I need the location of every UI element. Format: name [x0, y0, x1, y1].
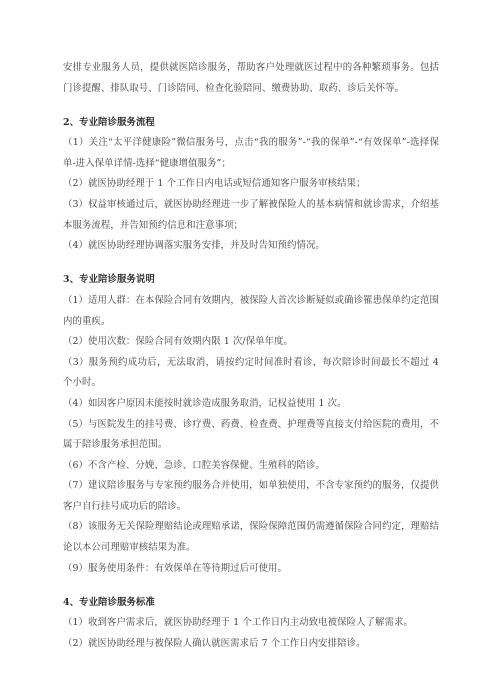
- document-body: 安排专业服务人员，提供就医陪诊服务，帮助客户处理就医过程中的各种繁琐事务。包括门…: [63, 58, 439, 655]
- section-4-item-1: （1）收到客户需求后，就医协助经理于 1 个工作日内主动致电被保险人了解需求。: [63, 613, 439, 634]
- section-3-item-7: （7）建议陪诊服务与专家预约服务合并使用，如单独使用，不含专家预约的服务，仅提供…: [63, 476, 439, 517]
- section-4-heading: 4、专业陪诊服务标准: [63, 593, 439, 614]
- section-3-item-9: （9）服务使用条件：有效保单在等待期过后可使用。: [63, 559, 439, 580]
- section-3-heading: 3、专业陪诊服务说明: [63, 270, 439, 291]
- section-2-item-2: （2）就医协助经理于 1 个工作日内电话或短信通知客户服务审核结果；: [63, 174, 439, 195]
- intro-paragraph: 安排专业服务人员，提供就医陪诊服务，帮助客户处理就医过程中的各种繁琐事务。包括门…: [63, 58, 439, 99]
- section-3-item-5: （5）与医院发生的挂号费、诊疗费、药费、检查费、护理费等直接支付给医院的费用，不…: [63, 415, 439, 456]
- section-2-item-1: （1）关注“太平洋健康险”微信服务号，点击“我的服务”-“我的保单”-“有效保单…: [63, 133, 439, 174]
- section-2-item-3: （3）权益审核通过后，就医协助经理进一步了解被保险人的基本病情和就诊需求，介绍基…: [63, 195, 439, 236]
- section-3-item-4: （4）如因客户原因未能按时就诊造成服务取消，记权益使用 1 次。: [63, 394, 439, 415]
- section-2-heading: 2、专业陪诊服务流程: [63, 113, 439, 134]
- section-3-item-6: （6）不含产检、分娩、急诊、口腔美容保健、生殖科的陪诊。: [63, 456, 439, 477]
- section-3-item-1: （1）适用人群：在本保险合同有效期内，被保险人首次诊断疑似或确诊罹患保单约定范围…: [63, 291, 439, 332]
- section-3-item-3: （3）服务预约成功后，无法取消，请按约定时间准时看诊，每次陪诊时间最长不超过 4…: [63, 353, 439, 394]
- section-2-item-4: （4）就医协助经理协调落实服务安排，并及时告知预约情况。: [63, 236, 439, 257]
- section-3-item-8: （8）该服务无关保险理赔结论或理赔承诺，保险保障范围仍需遵循保险合同约定，理赔结…: [63, 517, 439, 558]
- section-4-item-2: （2）就医协助经理与被保险人确认就医需求后 7 个工作日内安排陪诊。: [63, 634, 439, 655]
- document-page: 安排专业服务人员，提供就医陪诊服务，帮助客户处理就医过程中的各种繁琐事务。包括门…: [0, 0, 495, 700]
- section-3-item-2: （2）使用次数：保险合同有效期内限 1 次/保单年度。: [63, 332, 439, 353]
